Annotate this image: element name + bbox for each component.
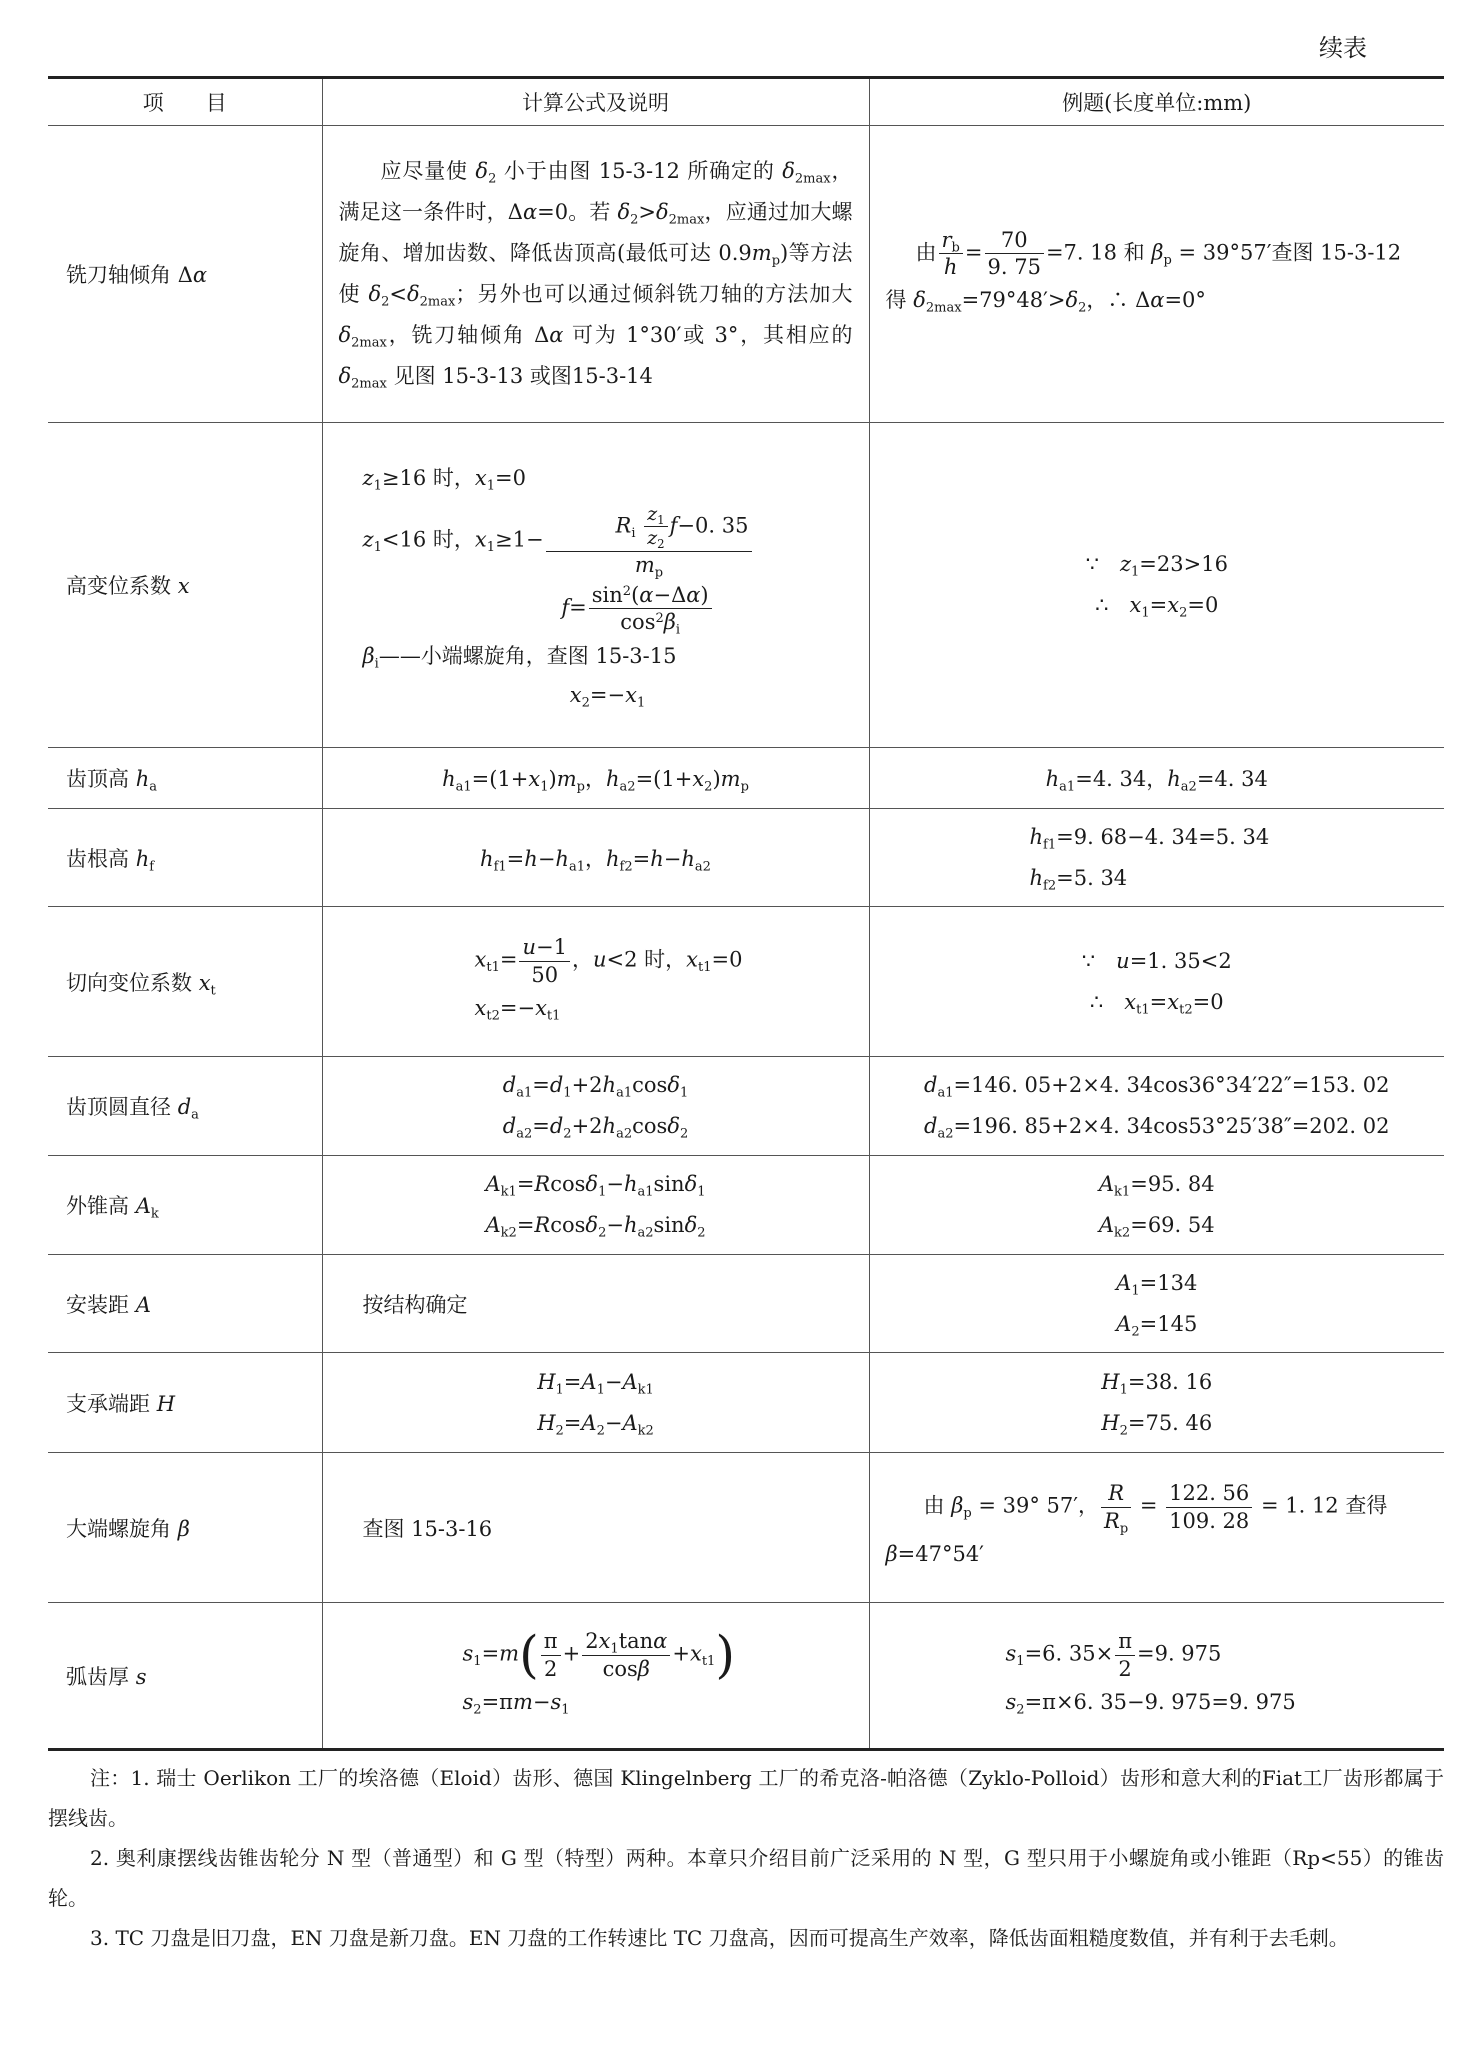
table-notes: 注：1. 瑞士 Oerlikon 工厂的埃洛德（Eloid）齿形、德国 Klin… — [48, 1758, 1444, 1958]
example-cell: hf1=9. 68−4. 34=5. 34 hf2=5. 34 — [869, 809, 1444, 907]
row-label-profile-shift: 高变位系数 x — [48, 423, 322, 748]
formula-line: βi——小端螺旋角，查图 15-3-15 — [363, 636, 853, 677]
formula-line: da1=d1+2ha1cosδ1 — [339, 1065, 853, 1106]
formula-cell: 按结构确定 — [322, 1255, 869, 1353]
continued-table-label: 续表 — [1319, 28, 1367, 63]
formula-line: H1=A1−Ak1 — [339, 1362, 853, 1403]
note-3: 3. TC 刀盘是旧刀盘，EN 刀盘是新刀盘。EN 刀盘的工作转速比 TC 刀盘… — [48, 1918, 1444, 1958]
example-cell: ∵ z1=23>16 ∴ x1=x2=0 — [869, 423, 1444, 748]
example-line: ∴ x1=x2=0 — [886, 585, 1429, 626]
table-row: 铣刀轴倾角 Δα 应尽量使 δ2 小于由图 15-3-12 所确定的 δ2max… — [48, 126, 1444, 423]
example-cell: A1=134 A2=145 — [869, 1255, 1444, 1353]
row-label-addendum: 齿顶高 ha — [48, 748, 322, 809]
example-line: ∵ z1=23>16 — [886, 544, 1429, 585]
example-line: A2=145 — [886, 1304, 1429, 1345]
formula-line: x2=−x1 — [363, 677, 853, 713]
table-row: 支承端距 H H1=A1−Ak1 H2=A2−Ak2 H1=38. 16 H2=… — [48, 1353, 1444, 1453]
header-example: 例题(长度单位:mm) — [869, 78, 1444, 126]
example-line: da1=146. 05+2×4. 34cos36°34′22″=153. 02 — [886, 1065, 1429, 1106]
row-label-cutter-tilt: 铣刀轴倾角 Δα — [48, 126, 322, 423]
example-line: hf1=9. 68−4. 34=5. 34 — [1030, 817, 1429, 858]
formula-line: H2=A2−Ak2 — [339, 1403, 853, 1444]
example-cell: da1=146. 05+2×4. 34cos36°34′22″=153. 02 … — [869, 1057, 1444, 1156]
formula-line: 查图 15-3-16 — [363, 1517, 493, 1541]
row-label-outer-spiral-angle: 大端螺旋角 β — [48, 1453, 322, 1603]
table-row: 齿顶高 ha ha1=(1+x1)mp，ha2=(1+x2)mp ha1=4. … — [48, 748, 1444, 809]
example-cell: Ak1=95. 84 Ak2=69. 54 — [869, 1156, 1444, 1255]
formula-cell: H1=A1−Ak1 H2=A2−Ak2 — [322, 1353, 869, 1453]
header-item: 项 目 — [48, 78, 322, 126]
example-cell: 由 βp = 39° 57′，RRp = 122. 56109. 28 = 1.… — [869, 1453, 1444, 1603]
row-label-tip-diameter: 齿顶圆直径 da — [48, 1057, 322, 1156]
formula-line: f=sin2(α−Δα)cos2βi — [363, 582, 853, 636]
table-header-row: 项 目 计算公式及说明 例题(长度单位:mm) — [48, 78, 1444, 126]
example-line: 得 δ2max=79°48′>δ2，∴ Δα=0° — [886, 280, 1429, 321]
example-line: β=47°54′ — [886, 1534, 1429, 1575]
formula-cell: 应尽量使 δ2 小于由图 15-3-12 所确定的 δ2max，满足这一条件时，… — [322, 126, 869, 423]
formula-cell: s1=m(π2+2x1tanαcosβ+xt1) s2=πm−s1 — [322, 1603, 869, 1750]
formula-cell: 查图 15-3-16 — [322, 1453, 869, 1603]
gear-calculation-table: 项 目 计算公式及说明 例题(长度单位:mm) 铣刀轴倾角 Δα 应尽量使 δ2… — [48, 76, 1444, 1751]
example-line: da2=196. 85+2×4. 34cos53°25′38″=202. 02 — [886, 1106, 1429, 1147]
formula-line: da2=d2+2ha2cosδ2 — [339, 1106, 853, 1147]
formula-line: z1≥16 时，x1=0 — [363, 458, 853, 499]
formula-cell: xt1=u−150，u<2 时，xt1=0 xt2=−xt1 — [322, 907, 869, 1057]
example-line: s2=π×6. 35−9. 975=9. 975 — [1006, 1682, 1429, 1723]
example-line: A1=134 — [886, 1263, 1429, 1304]
formula-line: s1=m(π2+2x1tanαcosβ+xt1) — [463, 1628, 853, 1682]
table-row: 弧齿厚 s s1=m(π2+2x1tanαcosβ+xt1) s2=πm−s1 … — [48, 1603, 1444, 1750]
formula-cell: z1≥16 时，x1=0 z1<16 时，x1≥1−Ri z1z2f−0. 35… — [322, 423, 869, 748]
example-cell: ∵ u=1. 35<2 ∴ xt1=xt2=0 — [869, 907, 1444, 1057]
header-formula: 计算公式及说明 — [322, 78, 869, 126]
example-cell: H1=38. 16 H2=75. 46 — [869, 1353, 1444, 1453]
formula-cell: Ak1=Rcosδ1−ha1sinδ1 Ak2=Rcosδ2−ha2sinδ2 — [322, 1156, 869, 1255]
formula-line: 按结构确定 — [363, 1293, 468, 1317]
formula-cell: da1=d1+2ha1cosδ1 da2=d2+2ha2cosδ2 — [322, 1057, 869, 1156]
formula-line: s2=πm−s1 — [463, 1682, 853, 1723]
example-line: 由 βp = 39° 57′，RRp = 122. 56109. 28 = 1.… — [886, 1480, 1429, 1534]
table-row: 安装距 A 按结构确定 A1=134 A2=145 — [48, 1255, 1444, 1353]
table-row: 切向变位系数 xt xt1=u−150，u<2 时，xt1=0 xt2=−xt1… — [48, 907, 1444, 1057]
example-line: Ak2=69. 54 — [886, 1205, 1429, 1246]
formula-line: Ak1=Rcosδ1−ha1sinδ1 — [339, 1164, 853, 1205]
row-label-arc-tooth-thickness: 弧齿厚 s — [48, 1603, 322, 1750]
formula-line: Ak2=Rcosδ2−ha2sinδ2 — [339, 1205, 853, 1246]
formula-paragraph: 应尽量使 δ2 小于由图 15-3-12 所确定的 δ2max，满足这一条件时，… — [339, 151, 853, 397]
row-label-mounting-distance: 安装距 A — [48, 1255, 322, 1353]
note-1: 注：1. 瑞士 Oerlikon 工厂的埃洛德（Eloid）齿形、德国 Klin… — [48, 1758, 1444, 1838]
example-cell: ha1=4. 34，ha2=4. 34 — [869, 748, 1444, 809]
row-label-bearing-distance: 支承端距 H — [48, 1353, 322, 1453]
example-line: H2=75. 46 — [886, 1403, 1429, 1444]
example-line: ∵ u=1. 35<2 — [886, 941, 1429, 982]
row-label-tangential-shift: 切向变位系数 xt — [48, 907, 322, 1057]
example-cell: s1=6. 35×π2=9. 975 s2=π×6. 35−9. 975=9. … — [869, 1603, 1444, 1750]
example-line: ∴ xt1=xt2=0 — [886, 982, 1429, 1023]
example-line: hf2=5. 34 — [1030, 858, 1429, 899]
formula-cell: ha1=(1+x1)mp，ha2=(1+x2)mp — [322, 748, 869, 809]
table-row: 高变位系数 x z1≥16 时，x1=0 z1<16 时，x1≥1−Ri z1z… — [48, 423, 1444, 748]
row-label-dedendum: 齿根高 hf — [48, 809, 322, 907]
table-row: 齿顶圆直径 da da1=d1+2ha1cosδ1 da2=d2+2ha2cos… — [48, 1057, 1444, 1156]
table-row: 齿根高 hf hf1=h−ha1，hf2=h−ha2 hf1=9. 68−4. … — [48, 809, 1444, 907]
example-line: s1=6. 35×π2=9. 975 — [1006, 1628, 1429, 1682]
table-row: 外锥高 Ak Ak1=Rcosδ1−ha1sinδ1 Ak2=Rcosδ2−ha… — [48, 1156, 1444, 1255]
row-label-outer-cone-height: 外锥高 Ak — [48, 1156, 322, 1255]
formula-cell: hf1=h−ha1，hf2=h−ha2 — [322, 809, 869, 907]
example-line: 由rbh=709. 75=7. 18 和 βp = 39°57′查图 15-3-… — [886, 227, 1429, 281]
example-line: Ak1=95. 84 — [886, 1164, 1429, 1205]
note-2: 2. 奥利康摆线齿锥齿轮分 N 型（普通型）和 G 型（特型）两种。本章只介绍目… — [48, 1838, 1444, 1918]
formula-line: z1<16 时，x1≥1−Ri z1z2f−0. 35mp — [363, 503, 853, 579]
formula-line: xt2=−xt1 — [475, 988, 853, 1029]
example-line: H1=38. 16 — [886, 1362, 1429, 1403]
example-cell: 由rbh=709. 75=7. 18 和 βp = 39°57′查图 15-3-… — [869, 126, 1444, 423]
formula-line: xt1=u−150，u<2 时，xt1=0 — [475, 934, 853, 988]
table-row: 大端螺旋角 β 查图 15-3-16 由 βp = 39° 57′，RRp = … — [48, 1453, 1444, 1603]
